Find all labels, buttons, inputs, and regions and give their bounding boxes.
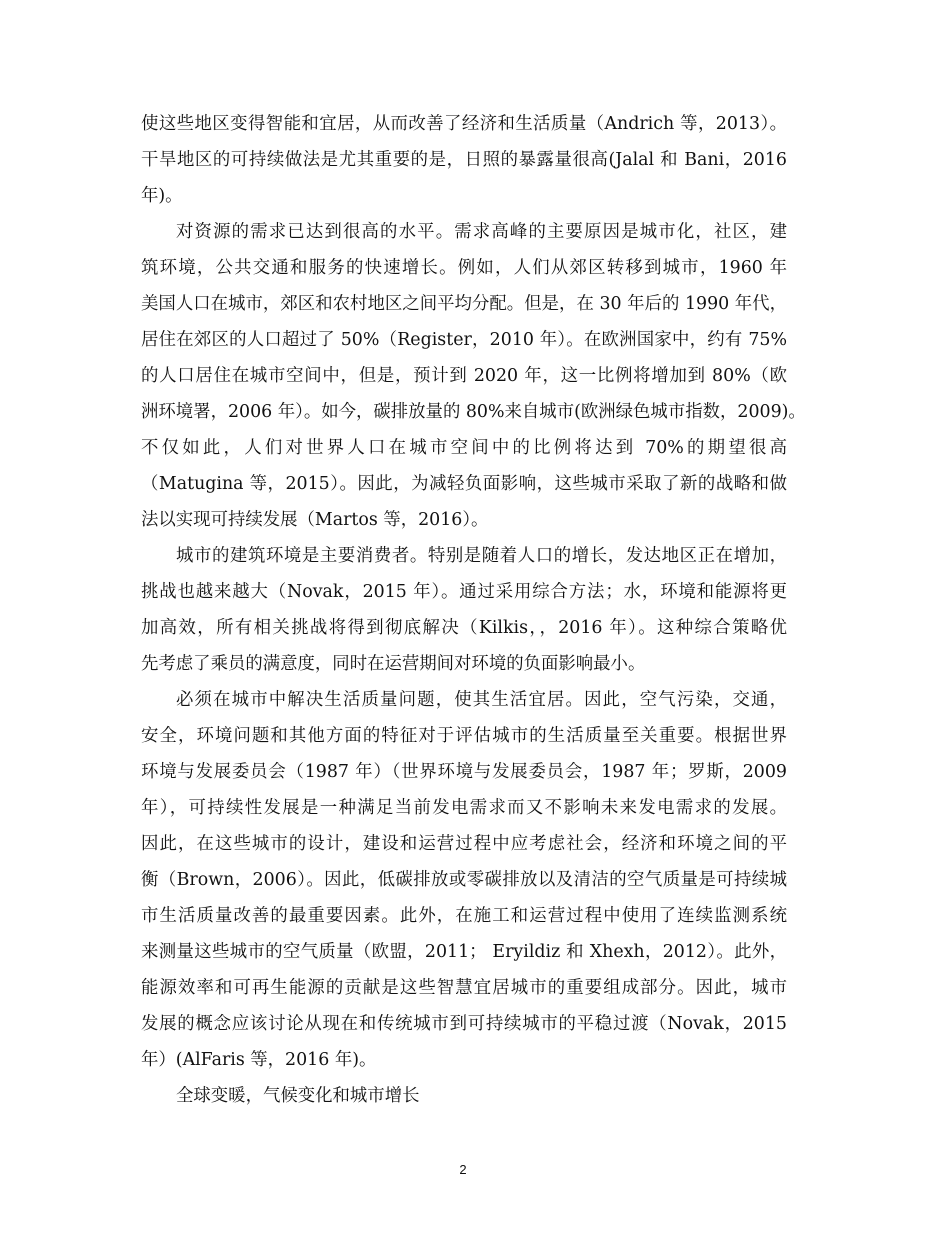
text-line: 衡（Brown，2006）。因此，低碳排放或零碳排放以及清洁的空气质量是可持续城 <box>141 862 787 898</box>
text-line: 筑环境，公共交通和服务的快速增长。例如，人们从郊区转移到城市，1960 年 <box>141 250 787 286</box>
text-line: 发展的概念应该讨论从现在和传统城市到可持续城市的平稳过渡（Novak，2015 <box>141 1006 787 1042</box>
document-page: 使这些地区变得智能和宜居，从而改善了经济和生活质量（Andrich 等，2013… <box>0 0 926 1235</box>
text-line: 的人口居住在城市空间中，但是，预计到 2020 年，这一比例将增加到 80%（欧 <box>141 358 787 394</box>
text-line: 城市的建筑环境是主要消费者。特别是随着人口的增长，发达地区正在增加， <box>141 538 787 574</box>
text-line: 安全，环境问题和其他方面的特征对于评估城市的生活质量至关重要。根据世界 <box>141 718 787 754</box>
paragraph-3: 城市的建筑环境是主要消费者。特别是随着人口的增长，发达地区正在增加， 挑战也越来… <box>141 538 787 682</box>
text-line: 环境与发展委员会（1987 年）（世界环境与发展委员会，1987 年；罗斯，20… <box>141 754 787 790</box>
text-line: 使这些地区变得智能和宜居，从而改善了经济和生活质量（Andrich 等，2013… <box>141 106 787 142</box>
text-line: 年），可持续性发展是一种满足当前发电需求而又不影响未来发电需求的发展。 <box>141 790 787 826</box>
text-line: 干旱地区的可持续做法是尤其重要的是，日照的暴露量很高(Jalal 和 Bani，… <box>141 142 787 178</box>
text-line: 加高效，所有相关挑战将得到彻底解决（Kilkis，，2016 年）。这种综合策略… <box>141 610 787 646</box>
text-line: 市生活质量改善的最重要因素。此外，在施工和运营过程中使用了连续监测系统 <box>141 898 787 934</box>
text-line: 来测量这些城市的空气质量（欧盟，2011； Eryildiz 和 Xhexh，2… <box>141 934 787 970</box>
text-line: 洲环境署，2006 年）。如今，碳排放量的 80%来自城市(欧洲绿色城市指数，2… <box>141 394 787 430</box>
section-heading: 全球变暖，气候变化和城市增长 <box>141 1078 787 1114</box>
text-line: （Matugina 等，2015）。因此，为减轻负面影响，这些城市采取了新的战略… <box>141 466 787 502</box>
text-line: 美国人口在城市，郊区和农村地区之间平均分配。但是，在 30 年后的 1990 年… <box>141 286 787 322</box>
paragraph-1: 使这些地区变得智能和宜居，从而改善了经济和生活质量（Andrich 等，2013… <box>141 106 787 214</box>
text-line: 对资源的需求已达到很高的水平。需求高峰的主要原因是城市化，社区，建 <box>141 214 787 250</box>
text-line: 不仅如此，人们对世界人口在城市空间中的比例将达到 70%的期望很高 <box>141 430 787 466</box>
heading-text: 全球变暖，气候变化和城市增长 <box>141 1078 787 1114</box>
body-text: 使这些地区变得智能和宜居，从而改善了经济和生活质量（Andrich 等，2013… <box>141 106 787 1114</box>
text-line: 年)。 <box>141 178 787 214</box>
paragraph-2: 对资源的需求已达到很高的水平。需求高峰的主要原因是城市化，社区，建 筑环境，公共… <box>141 214 787 538</box>
paragraph-4: 必须在城市中解决生活质量问题，使其生活宜居。因此，空气污染，交通， 安全，环境问… <box>141 682 787 1078</box>
page-number: 2 <box>0 1162 926 1177</box>
text-line: 居住在郊区的人口超过了 50%（Register，2010 年）。在欧洲国家中，… <box>141 322 787 358</box>
text-line: 因此，在这些城市的设计，建设和运营过程中应考虑社会，经济和环境之间的平 <box>141 826 787 862</box>
text-line: 能源效率和可再生能源的贡献是这些智慧宜居城市的重要组成部分。因此，城市 <box>141 970 787 1006</box>
text-line: 年）(AlFaris 等，2016 年)。 <box>141 1042 787 1078</box>
text-line: 挑战也越来越大（Novak，2015 年）。通过采用综合方法；水，环境和能源将更 <box>141 574 787 610</box>
text-line: 先考虑了乘员的满意度，同时在运营期间对环境的负面影响最小。 <box>141 646 787 682</box>
text-line: 必须在城市中解决生活质量问题，使其生活宜居。因此，空气污染，交通， <box>141 682 787 718</box>
text-line: 法以实现可持续发展（Martos 等，2016）。 <box>141 502 787 538</box>
